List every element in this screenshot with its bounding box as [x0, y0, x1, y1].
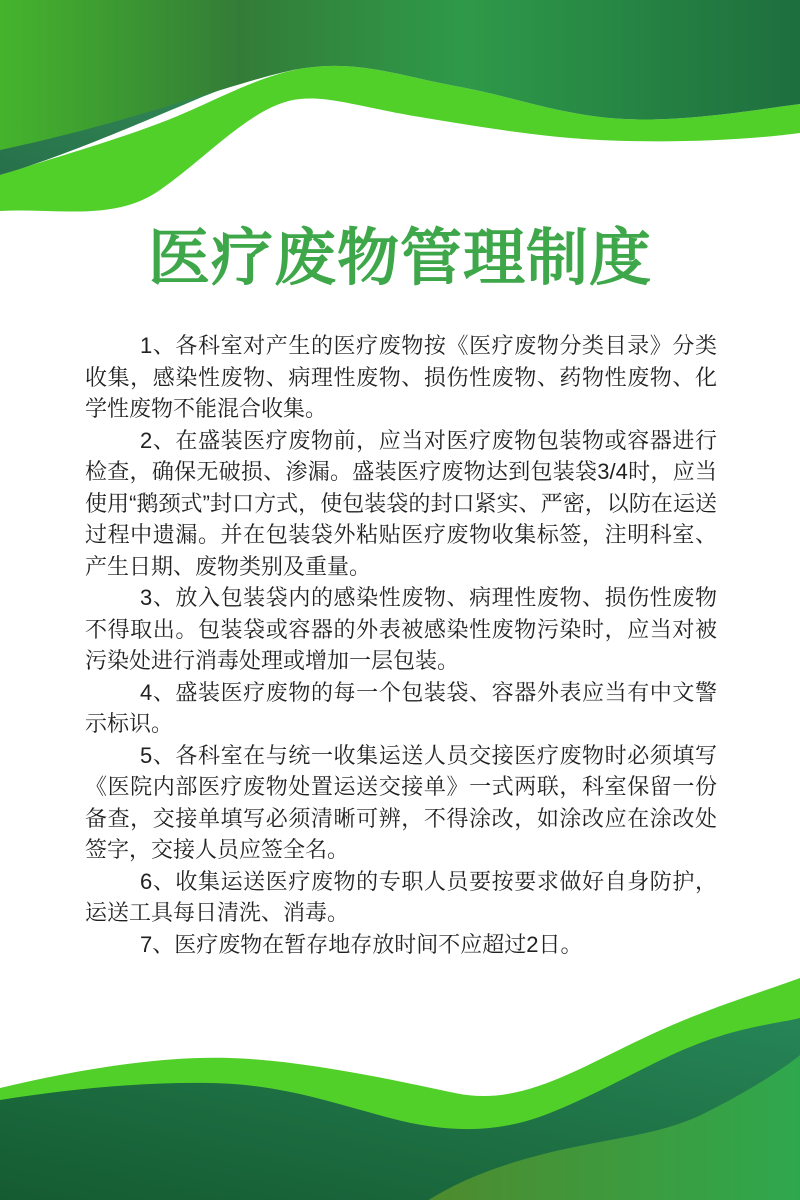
rule-paragraph-5: 5、各科室在与统一收集运送人员交接医疗废物时必须填写《医院内部医疗废物处置运送交…: [85, 740, 717, 866]
poster-title: 医疗废物管理制度: [0, 218, 800, 300]
header-wave-decoration: [0, 0, 800, 232]
poster: 医疗废物管理制度 1、各科室对产生的医疗废物按《医疗废物分类目录》分类收集，感染…: [0, 0, 800, 1200]
rule-paragraph-4: 4、盛装医疗废物的每一个包装袋、容器外表应当有中文警示标识。: [85, 677, 717, 740]
rule-paragraph-3: 3、放入包装袋内的感染性废物、病理性废物、损伤性废物不得取出。包装袋或容器的外表…: [85, 582, 717, 677]
rule-paragraph-2: 2、在盛装医疗废物前，应当对医疗废物包装物或容器进行检查，确保无破损、渗漏。盛装…: [85, 425, 717, 583]
rule-paragraph-6: 6、收集运送医疗废物的专职人员要按要求做好自身防护，运送工具每日清洗、消毒。: [85, 866, 717, 929]
footer-wave-decoration: [0, 955, 800, 1200]
rule-paragraph-1: 1、各科室对产生的医疗废物按《医疗废物分类目录》分类收集，感染性废物、病理性废物…: [85, 330, 717, 425]
rules-text-block: 1、各科室对产生的医疗废物按《医疗废物分类目录》分类收集，感染性废物、病理性废物…: [85, 330, 717, 960]
